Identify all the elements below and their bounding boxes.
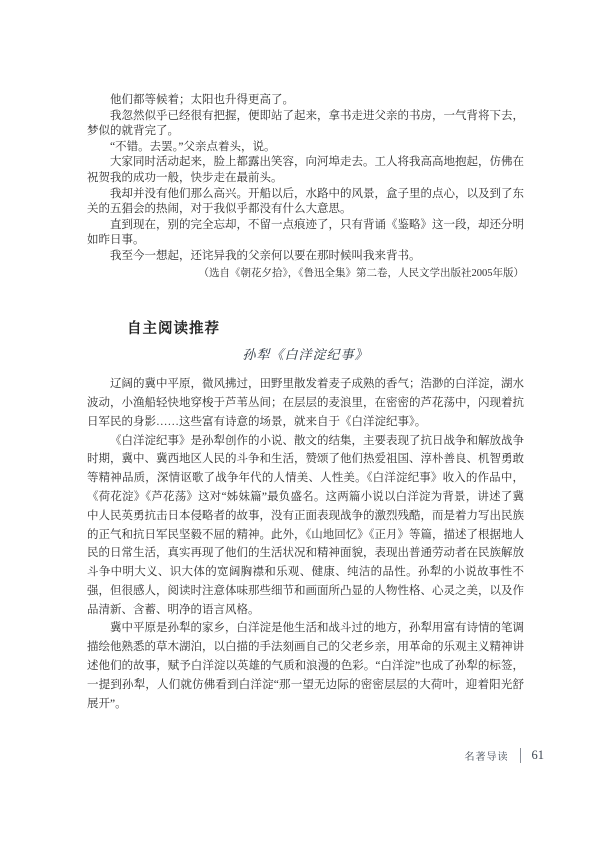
page-content: 他们都等候着；太阳也升得更高了。 我忽然似乎已经很有把握，便即站了起来，拿书走进…	[0, 0, 600, 713]
section-header: 自主阅读推荐	[127, 319, 524, 339]
page-footer: 名著导读 61	[465, 748, 545, 763]
footer-section-label: 名著导读	[465, 748, 509, 763]
excerpt-paragraph: 我却并没有他们那么高兴。开船以后，水路中的风景，盒子里的点心，以及到了东关的五猖…	[87, 187, 524, 218]
footer-page-number: 61	[532, 748, 545, 763]
excerpt-source-attribution: （选自《朝花夕拾》，《鲁迅全集》第二卷，人民文学出版社2005年版）	[87, 266, 524, 282]
recommendation-paragraph: 冀中平原是孙犁的家乡，白洋淀是他生活和战斗过的地方，孙犁用富有诗情的笔调描绘他熟…	[87, 619, 524, 713]
excerpt-paragraph: 我至今一想起，还诧异我的父亲何以要在那时候叫我来背书。	[87, 249, 524, 265]
recommendation-section: 自主阅读推荐 孙犁《白洋淀纪事》 辽阔的冀中平原，微风拂过，田野里散发着麦子成熟…	[87, 319, 524, 713]
recommendation-body: 辽阔的冀中平原，微风拂过，田野里散发着麦子成熟的香气；浩渺的白洋淀，湖水波动，小…	[87, 375, 524, 713]
excerpt-paragraph: 大家同时活动起来，脸上都露出笑容，向河埠走去。工人将我高高地抱起，仿佛在祝贺我的…	[87, 155, 524, 186]
recommendation-paragraph: 《白洋淀纪事》是孙犁创作的小说、散文的结集，主要表现了抗日战争和解放战争时期，冀…	[87, 432, 524, 620]
excerpt-paragraph: “不错。去罢。”父亲点着头，说。	[87, 140, 524, 156]
luxun-excerpt-block: 他们都等候着；太阳也升得更高了。 我忽然似乎已经很有把握，便即站了起来，拿书走进…	[87, 93, 524, 281]
footer-divider	[520, 748, 521, 763]
excerpt-paragraph: 他们都等候着；太阳也升得更高了。	[87, 93, 524, 109]
book-title: 孙犁《白洋淀纪事》	[87, 346, 524, 364]
recommendation-paragraph: 辽阔的冀中平原，微风拂过，田野里散发着麦子成熟的香气；浩渺的白洋淀，湖水波动，小…	[87, 375, 524, 431]
excerpt-paragraph: 我忽然似乎已经很有把握，便即站了起来，拿书走进父亲的书房，一气背将下去，梦似的就…	[87, 109, 524, 140]
excerpt-paragraph: 直到现在，别的完全忘却，不留一点痕迹了，只有背诵《鉴略》这一段，却还分明如昨日事…	[87, 218, 524, 249]
textbook-page: 他们都等候着；太阳也升得更高了。 我忽然似乎已经很有把握，便即站了起来，拿书走进…	[0, 0, 600, 848]
